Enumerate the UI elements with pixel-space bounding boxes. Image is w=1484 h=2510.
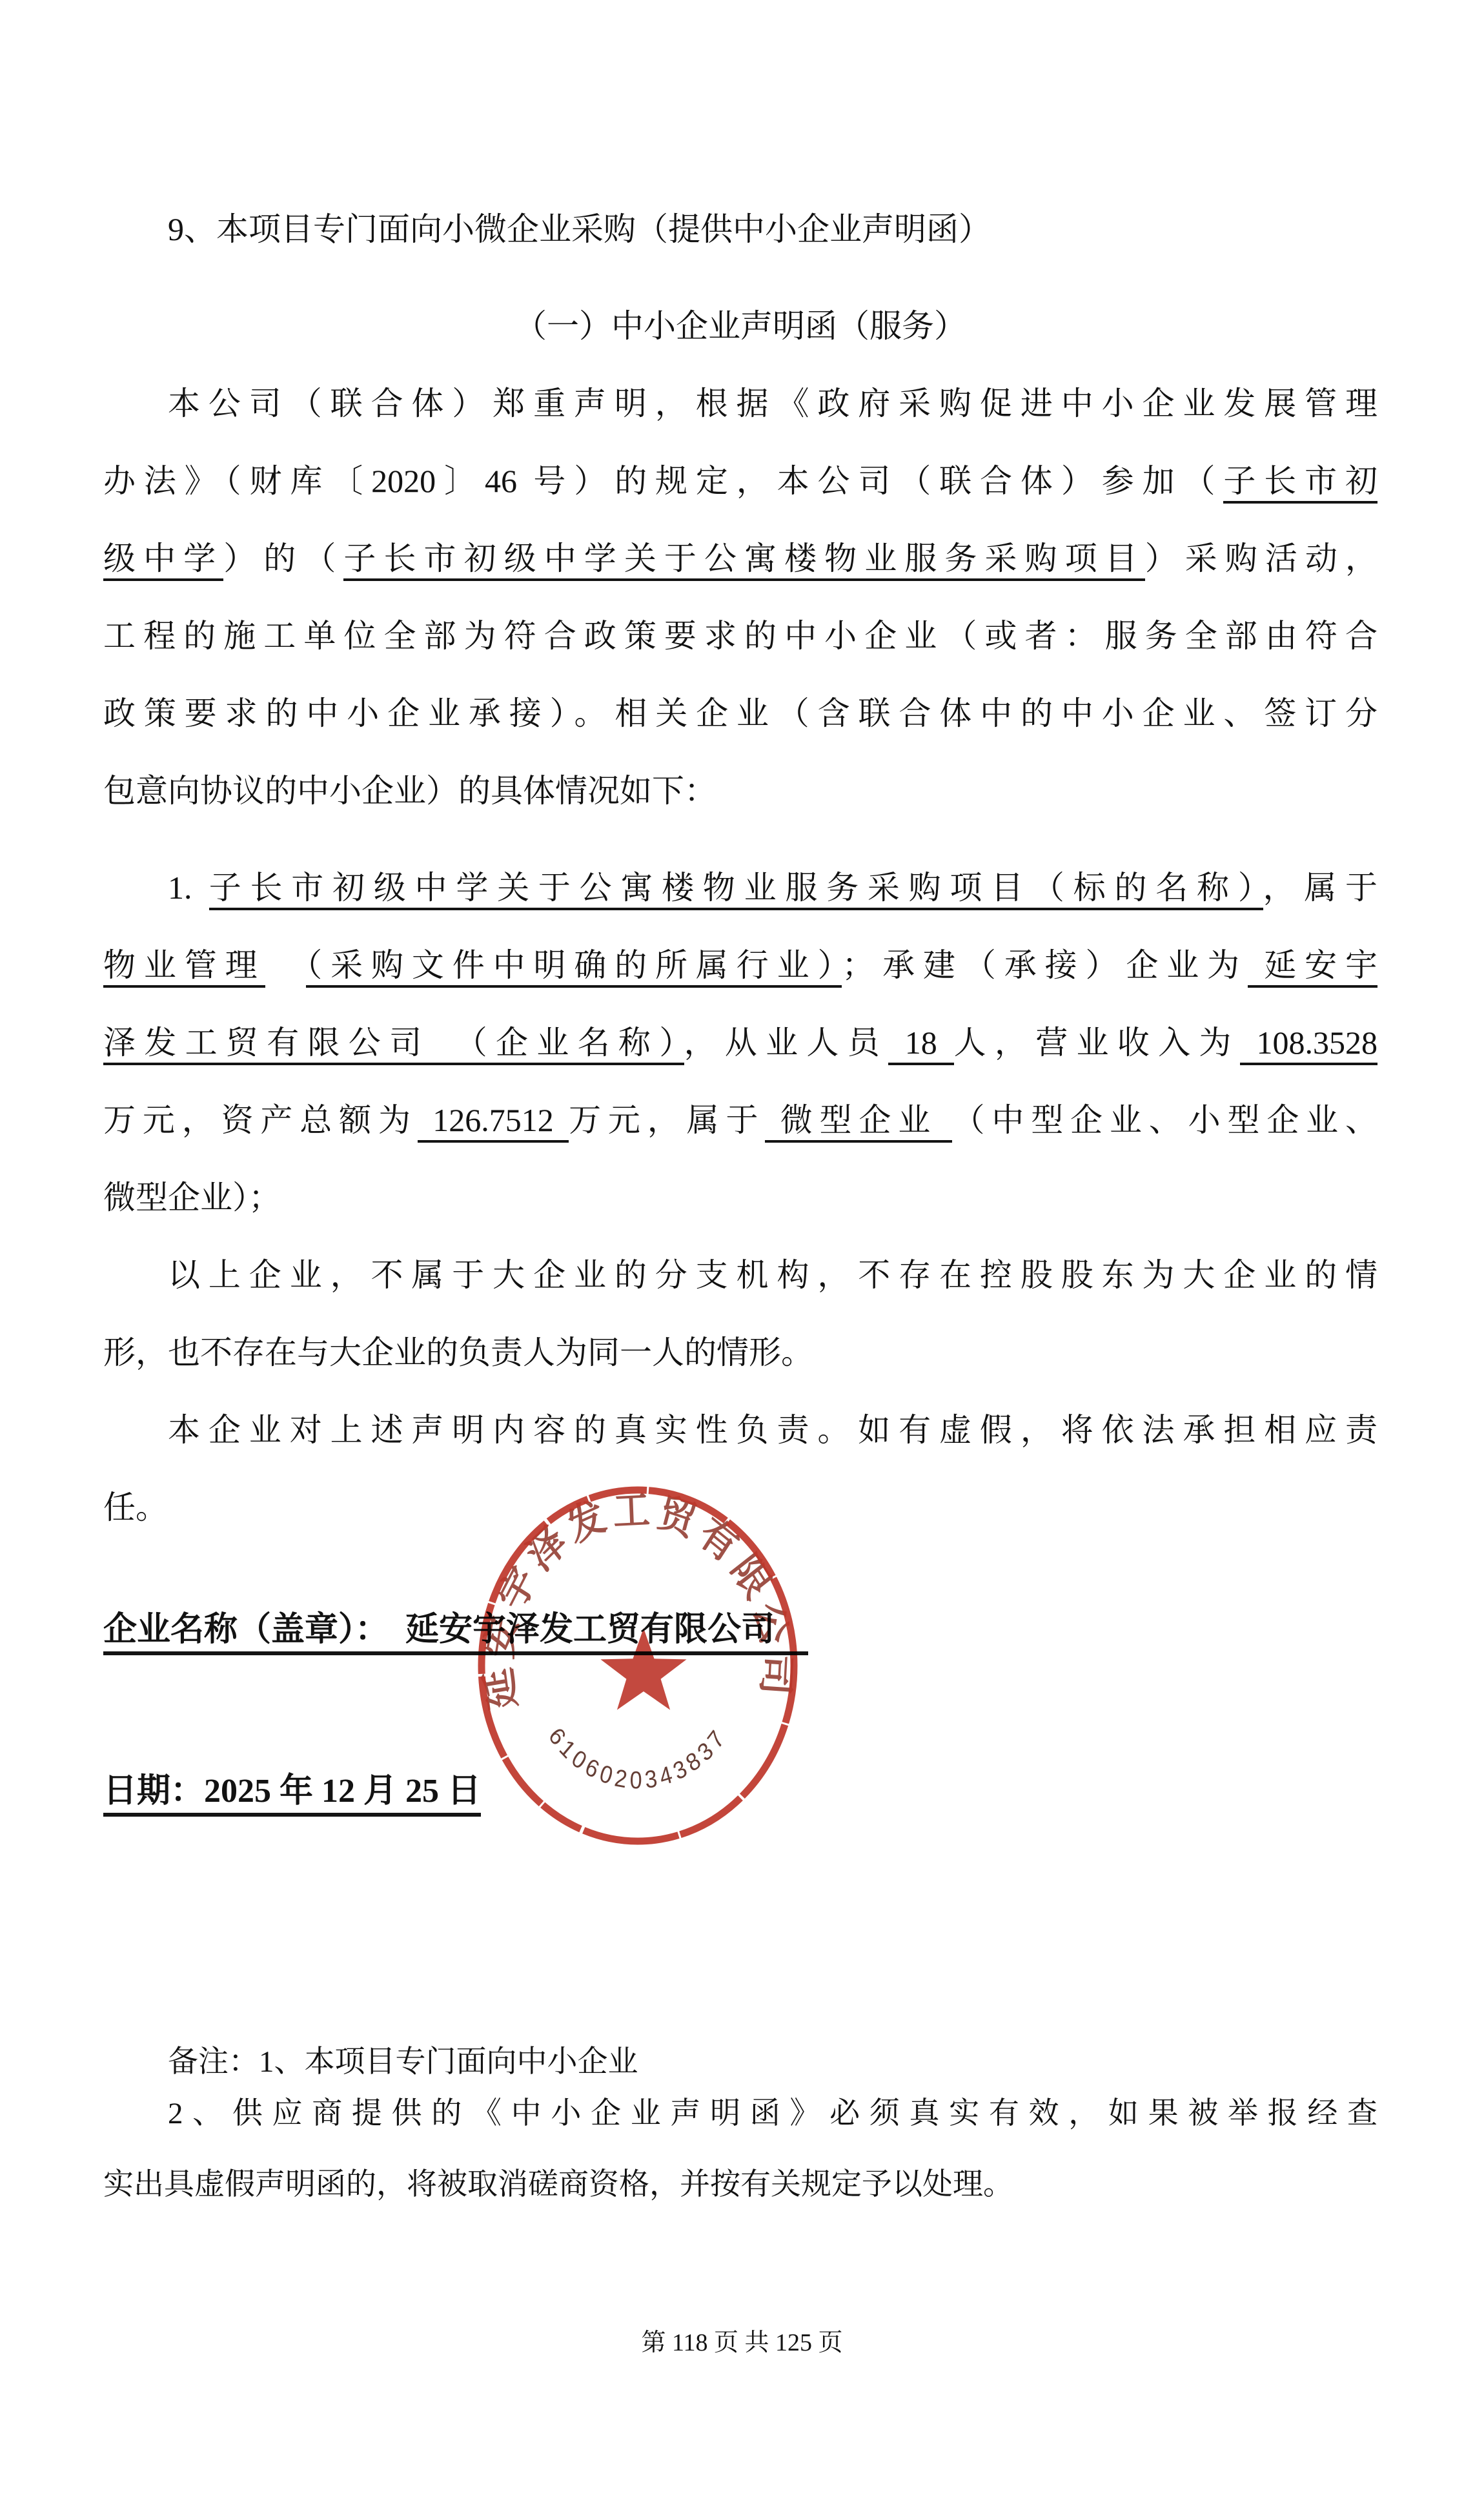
text-run: 任。: [103, 1489, 168, 1525]
text-run: 包意向协议的中小企业）的具体情况如下：: [103, 773, 717, 809]
underlined-text: 微型企业: [765, 1102, 952, 1143]
text-run: 以上企业，不属于大企业的分支机构，不存在控股股东为大企业的情: [168, 1257, 1377, 1293]
body-line: 级中学）的（子长市初级中学关于公寓楼物业服务采购项目）采购活动，: [103, 520, 1377, 597]
text-run: ；承建（承接）企业为: [842, 947, 1248, 983]
underlined-text: 18: [888, 1025, 954, 1065]
item-line: 泽发工贸有限公司 （企业名称），从业人员 18 人，营业收入为 108.3528: [103, 1004, 1377, 1081]
underlined-text: 泽发工贸有限公司 （企业名称）: [103, 1025, 684, 1065]
declaration-page: 9、本项目专门面向小微企业采购（提供中小企业声明函）（一）中小企业声明函（服务）…: [0, 0, 1484, 2510]
text-run: （中型企业、小型企业、: [952, 1102, 1377, 1138]
body-line: 办法》（财库〔2020〕46 号）的规定，本公司（联合体）参加（子长市初: [103, 442, 1377, 520]
text-run: 实出具虚假声明函的，将被取消磋商资格，并按有关规定予以处理。: [103, 2168, 1013, 2201]
form-title: （一）中小企业声明函（服务）: [103, 287, 1377, 365]
body-line: 本公司（联合体）郑重声明，根据《政府采购促进中小企业发展管理: [103, 365, 1377, 442]
body-line: 工程的施工单位全部为符合政策要求的中小企业（或者：服务全部由符合: [103, 597, 1377, 675]
underlined-text: 日期：2025 年 12 月 25 日: [103, 1773, 481, 1817]
item-line: 万元，资产总额为 126.7512 万元，属于 微型企业 （中型企业、小型企业、: [103, 1081, 1377, 1159]
underlined-text: 子长市初级中学关于公寓楼物业服务采购项目: [343, 540, 1144, 581]
underlined-text: 126.7512: [418, 1102, 569, 1143]
text-run: 本企业对上述声明内容的真实性负责。如有虚假，将依法承担相应责: [168, 1412, 1377, 1448]
text-run: 2、供应商提供的《中小企业声明函》必须真实有效，如果被举报经查: [168, 2097, 1377, 2130]
item-line: 物业管理 （采购文件中明确的所属行业）；承建（承接）企业为 延安宇: [103, 926, 1377, 1004]
note-line: 2、供应商提供的《中小企业声明函》必须真实有效，如果被举报经查: [103, 2088, 1377, 2139]
document-body: 9、本项目专门面向小微企业采购（提供中小企业声明函）（一）中小企业声明函（服务）…: [103, 0, 1377, 2210]
underlined-text: 子长市初: [1223, 463, 1377, 504]
section-heading: 9、本项目专门面向小微企业采购（提供中小企业声明函）: [103, 190, 1377, 268]
date-line: 日期：2025 年 12 月 25 日: [103, 1753, 1377, 1830]
page-footer: 第 118 页 共 125 页: [0, 2323, 1484, 2362]
text-run: 本公司（联合体）郑重声明，根据《政府采购促进中小企业发展管理: [168, 385, 1377, 422]
text-run: 万元，资产总额为: [103, 1102, 418, 1138]
underlined-text: 级中学: [103, 540, 223, 581]
item-line: 1. 子长市初级中学关于公寓楼物业服务采购项目（标的名称），属于: [103, 849, 1377, 926]
item-line: 微型企业）；: [103, 1159, 1377, 1236]
underlined-text: 延安宇泽发工贸有限公司: [372, 1611, 808, 1655]
note-line: 实出具虚假声明函的，将被取消磋商资格，并按有关规定予以处理。: [103, 2159, 1377, 2210]
body-line: 形，也不存在与大企业的负责人为同一人的情形。: [103, 1314, 1377, 1391]
text-run: ）的（: [223, 540, 343, 576]
text-run: 工程的施工单位全部为符合政策要求的中小企业（或者：服务全部由符合: [103, 618, 1377, 654]
underlined-text: 108.3528: [1240, 1025, 1377, 1065]
text-run: （一）中小企业声明函（服务）: [514, 308, 966, 344]
underlined-text: 子长市初级中学关于公寓楼物业服务采购项目（标的名称）: [209, 870, 1263, 910]
underlined-text: 延安宇: [1248, 947, 1377, 988]
text-run: 人，营业收入为: [954, 1025, 1240, 1061]
text-run: [265, 947, 306, 983]
text-run: ）采购活动，: [1145, 540, 1377, 576]
text-run: 政策要求的中小企业承接）。相关企业（含联合体中的中小企业、签订分: [103, 695, 1377, 731]
underlined-text: （采购文件中明确的所属行业）: [306, 947, 842, 988]
body-line: 以上企业，不属于大企业的分支机构，不存在控股股东为大企业的情: [103, 1236, 1377, 1314]
text-run: 1.: [168, 870, 209, 906]
text-run: 万元，属于: [569, 1102, 765, 1138]
text-run: 备注：1、本项目专门面向中小企业: [168, 2045, 638, 2079]
text-run: ，属于: [1263, 870, 1378, 906]
text-run: 办法》（财库〔2020〕46 号）的规定，本公司（联合体）参加（: [103, 463, 1223, 499]
text-run: ，从业人员: [684, 1025, 889, 1061]
body-line: 政策要求的中小企业承接）。相关企业（含联合体中的中小企业、签订分: [103, 675, 1377, 752]
note-line: 备注：1、本项目专门面向中小企业: [103, 2036, 1377, 2088]
text-run: 9、本项目专门面向小微企业采购（提供中小企业声明函）: [168, 211, 991, 247]
body-line: 包意向协议的中小企业）的具体情况如下：: [103, 752, 1377, 830]
underlined-text: 物业管理: [103, 947, 265, 988]
text-run: 微型企业）；: [103, 1179, 281, 1216]
body-line: 本企业对上述声明内容的真实性负责。如有虚假，将依法承担相应责: [103, 1391, 1377, 1469]
body-line: 任。: [103, 1469, 1377, 1546]
underlined-text: 企业名称（盖章）：: [103, 1611, 372, 1655]
company-name-line: 企业名称（盖章）： 延安宇泽发工贸有限公司: [103, 1591, 1377, 1669]
text-run: 形，也不存在与大企业的负责人为同一人的情形。: [103, 1334, 813, 1371]
